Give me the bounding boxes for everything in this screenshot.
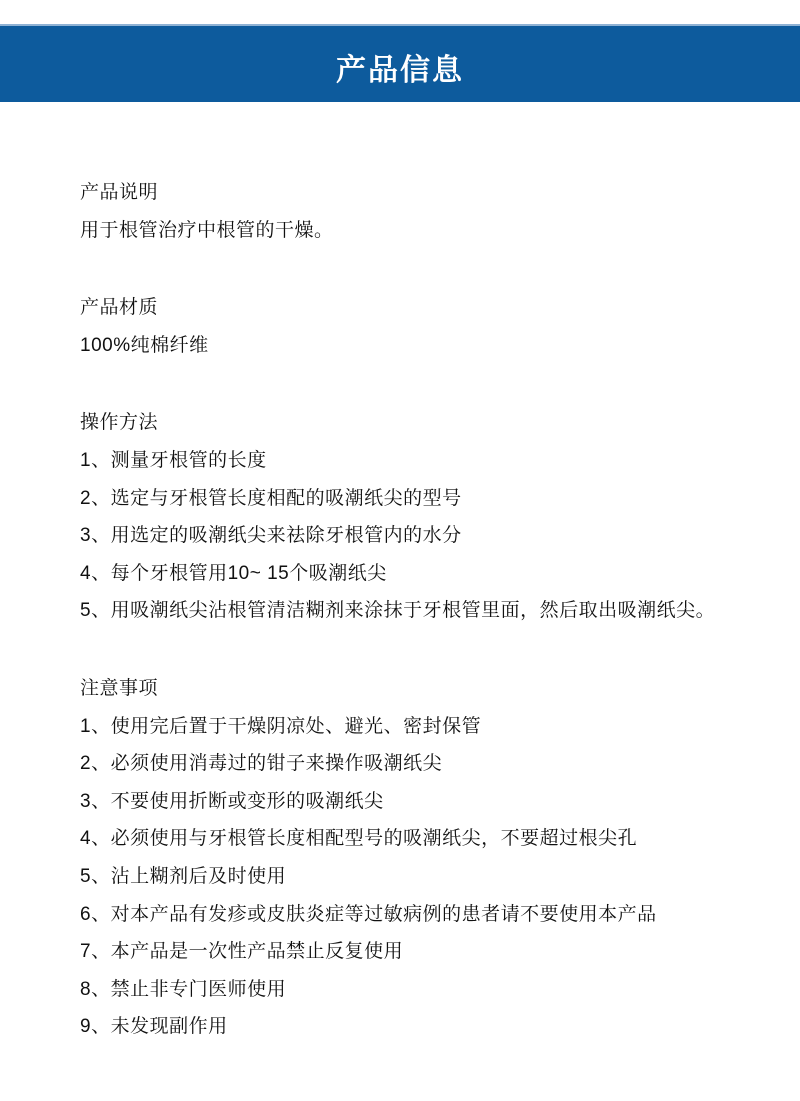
list-item: 3、不要使用折断或变形的吸潮纸尖 [80, 783, 740, 821]
section-precautions: 注意事项 1、使用完后置于干燥阴凉处、避光、密封保管 2、必须使用消毒过的钳子来… [80, 670, 740, 1046]
title-banner: 产品信息 [0, 24, 800, 102]
section-heading: 产品说明 [80, 174, 740, 212]
list-item: 2、选定与牙根管长度相配的吸潮纸尖的型号 [80, 480, 740, 518]
list-item: 8、禁止非专门医师使用 [80, 971, 740, 1009]
list-item: 3、用选定的吸潮纸尖来祛除牙根管内的水分 [80, 517, 740, 555]
product-info-page: 产品信息 产品说明 用于根管治疗中根管的干燥。 产品材质 100%纯棉纤维 操作… [0, 0, 800, 1101]
page-title: 产品信息 [336, 39, 464, 89]
section-heading: 产品材质 [80, 289, 740, 327]
section-product-description: 产品说明 用于根管治疗中根管的干燥。 [80, 174, 740, 249]
list-item: 5、用吸潮纸尖沾根管清洁糊剂来涂抹于牙根管里面，然后取出吸潮纸尖。 [80, 592, 740, 630]
list-item: 9、未发现副作用 [80, 1008, 740, 1046]
list-item: 1、测量牙根管的长度 [80, 442, 740, 480]
content-area: 产品说明 用于根管治疗中根管的干燥。 产品材质 100%纯棉纤维 操作方法 1、… [0, 102, 800, 1046]
list-item: 4、每个牙根管用10~ 15个吸潮纸尖 [80, 555, 740, 593]
section-heading: 注意事项 [80, 670, 740, 708]
list-item: 2、必须使用消毒过的钳子来操作吸潮纸尖 [80, 745, 740, 783]
list-item: 1、使用完后置于干燥阴凉处、避光、密封保管 [80, 708, 740, 746]
section-line: 100%纯棉纤维 [80, 327, 740, 365]
list-item: 7、本产品是一次性产品禁止反复使用 [80, 933, 740, 971]
list-item: 5、沾上糊剂后及时使用 [80, 858, 740, 896]
section-product-material: 产品材质 100%纯棉纤维 [80, 289, 740, 364]
section-heading: 操作方法 [80, 404, 740, 442]
list-item: 4、必须使用与牙根管长度相配型号的吸潮纸尖，不要超过根尖孔 [80, 820, 740, 858]
list-item: 6、对本产品有发疹或皮肤炎症等过敏病例的患者请不要使用本产品 [80, 896, 740, 934]
section-operation-method: 操作方法 1、测量牙根管的长度 2、选定与牙根管长度相配的吸潮纸尖的型号 3、用… [80, 404, 740, 630]
section-line: 用于根管治疗中根管的干燥。 [80, 212, 740, 250]
